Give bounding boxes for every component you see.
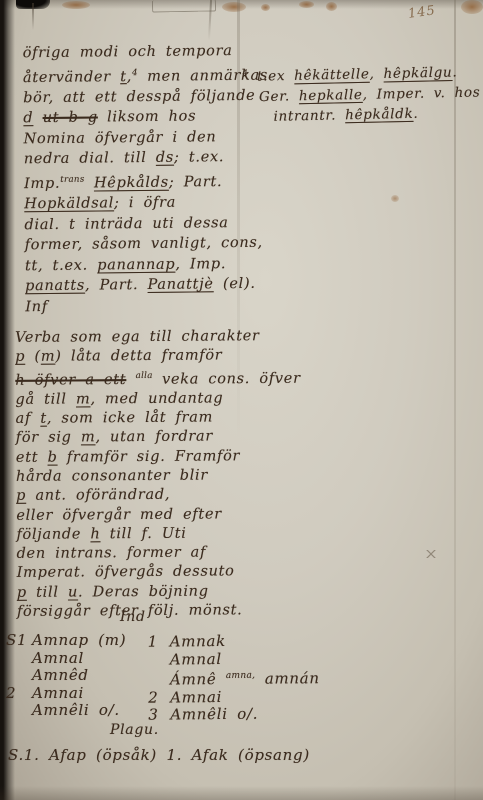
manuscript-line: Amnal	[6, 650, 146, 668]
manuscript-text-segment: för sig	[16, 430, 81, 446]
manuscript-text-segment: ut b g	[43, 110, 98, 127]
manuscript-text-segment: b	[47, 449, 57, 465]
manuscript-line: ett b framför sig. Framför	[16, 447, 266, 468]
manuscript-text-segment: Amnêd	[32, 666, 89, 684]
manuscript-text-segment: u	[68, 584, 78, 600]
manuscript-line: 3Amnêli o/.	[148, 706, 298, 725]
plural-heading: Plagu.	[110, 722, 159, 738]
manuscript-text-segment: gå till	[15, 391, 76, 407]
paragraph-main-2: Verba som ega till charakterp (m) låta d…	[15, 327, 267, 622]
manuscript-text-segment: .	[413, 105, 418, 121]
ink-stain	[461, 0, 483, 14]
manuscript-text-segment: återvänder	[23, 69, 120, 86]
manuscript-text-segment: Imp.	[24, 176, 60, 192]
manuscript-line: öfriga modi och tempora	[23, 41, 263, 64]
manuscript-line: p till u. Deras böjning	[17, 582, 267, 603]
manuscript-text-segment: h	[90, 526, 100, 542]
manuscript-text-segment: Hopkäldsal	[24, 195, 114, 212]
manuscript-line: Ámnê amna, amnán	[148, 668, 298, 690]
manuscript-text-segment: amna,	[226, 671, 256, 681]
manuscript-text-segment: hårda consonanter blir	[16, 467, 208, 484]
manuscript-line: Imperat. öfvergås dessuto	[17, 563, 267, 584]
manuscript-text-segment: ds	[156, 150, 174, 166]
manuscript-text-segment	[126, 371, 135, 387]
manuscript-text-segment: h öfver a ett	[15, 372, 126, 389]
manuscript-text-segment: liksom hos	[98, 109, 197, 126]
manuscript-text-segment: d	[23, 110, 33, 126]
manuscript-line: p (m) låta detta framför	[15, 346, 265, 367]
manuscript-text-segment: veka cons. öfver	[153, 370, 301, 387]
manuscript-text-segment: 1	[148, 633, 170, 651]
manuscript-text-segment: Amnai	[32, 684, 84, 702]
pencil-mark	[32, 3, 34, 30]
manuscript-text-segment: ; Part.	[169, 174, 223, 191]
manuscript-text-segment: följande	[16, 526, 90, 543]
manuscript-text-segment: hêkättelle	[294, 66, 370, 84]
manuscript-line: Amnal	[148, 650, 298, 669]
paradigm-column-left: S1Amnap (m)AmnalAmnêd2AmnaiAmnêli o/.	[6, 632, 146, 720]
manuscript-text-segment: Amnai	[170, 688, 222, 706]
ink-stain	[326, 2, 337, 11]
manuscript-text-segment: Amnêli o/.	[32, 701, 120, 719]
page-bottom-shadow	[0, 786, 483, 800]
manuscript-text-segment: trans	[60, 174, 84, 184]
manuscript-text-segment: hepkalle	[299, 86, 363, 103]
ink-stain	[261, 4, 270, 11]
manuscript-text-segment: intrantr.	[273, 107, 345, 124]
manuscript-text-segment: , som icke låt fram	[47, 410, 213, 427]
manuscript-text-segment: , med undantag	[90, 390, 223, 407]
manuscript-text-segment: Amnal	[32, 649, 84, 667]
manuscript-text-segment: former, såsom vanligt, cons,	[25, 235, 263, 253]
manuscript-text-segment: till f. Uti	[100, 525, 186, 542]
manuscript-line: intrantr. hêpkåldk.	[243, 102, 473, 127]
manuscript-text-segment: ; i öfra	[114, 195, 176, 212]
manuscript-text-segment: S1	[6, 632, 32, 650]
manuscript-line: S1Amnap (m)	[6, 632, 146, 650]
paragraph-main-1: öfriga modi och temporaåtervänder t,4 me…	[23, 41, 266, 318]
manuscript-text-segment: den intrans. former af	[16, 545, 206, 562]
manuscript-line: nedra dial. till ds; t.ex.	[24, 147, 264, 170]
manuscript-text-segment: .	[452, 64, 457, 80]
manuscript-text-segment: Verba som ega till charakter	[15, 328, 260, 346]
manuscript-line: Nomina öfvergår i den	[23, 127, 263, 150]
manuscript-text-segment: ett	[16, 449, 48, 465]
manuscript-line: Amnêli o/.	[6, 702, 146, 720]
manuscript-text-segment: alla	[136, 371, 153, 381]
manuscript-text-segment: p	[16, 488, 26, 504]
manuscript-text-segment: Hêpkålds	[94, 174, 169, 191]
manuscript-text-segment: Amnak	[170, 632, 226, 650]
manuscript-text-segment: (el).	[214, 276, 256, 292]
manuscript-text-segment: af	[16, 411, 41, 427]
manuscript-line: panatts, Part. Panattjè (el).	[25, 274, 265, 297]
manuscript-text-segment: p	[17, 584, 27, 600]
manuscript-text-segment: , utan fordrar	[95, 429, 213, 446]
manuscript-text-segment: , Imp.	[175, 256, 226, 273]
manuscript-line: gå till m, med undantag	[15, 389, 265, 410]
ind-annotation: Ind	[120, 609, 146, 625]
manuscript-text-segment: Ámnê	[170, 670, 226, 688]
manuscript-text-segment: öfriga modi och tempora	[23, 43, 233, 61]
manuscript-text-segment: Nomina öfvergår i den	[23, 129, 216, 147]
manuscript-text-segment: p	[15, 349, 25, 365]
pencil-mark	[152, 0, 216, 13]
ink-stain	[299, 1, 314, 8]
manuscript-line: af t, som icke låt fram	[16, 408, 266, 429]
manuscript-line: den intrans. former af	[16, 543, 266, 564]
manuscript-text-segment: hêpkåldk	[345, 105, 414, 122]
manuscript-text-segment: ,	[369, 66, 383, 82]
manuscript-text-segment: , Imper. v. hos	[362, 84, 480, 102]
manuscript-line: 1Amnak	[148, 632, 298, 651]
manuscript-line: återvänder t,4 men anmärkas	[23, 61, 263, 88]
manuscript-line: h öfver a ett alla veka cons. öfver	[15, 366, 265, 391]
manuscript-line: bör, att ett desspå följande	[23, 86, 263, 109]
manuscript-line: p ant. oförändrad,	[16, 485, 266, 506]
manuscript-text-segment: Inf	[25, 299, 48, 315]
paradigm-column-right: 1AmnakAmnalÁmnê amna, amnán2Amnai3Amnêli…	[148, 632, 299, 724]
page-number: 145	[407, 3, 437, 22]
manuscript-text-segment: amnán	[255, 669, 320, 688]
manuscript-text-segment: t.ex	[248, 68, 294, 85]
manuscript-text-segment: . Deras böjning	[78, 583, 209, 600]
manuscript-text-segment: m	[81, 430, 96, 446]
manuscript-text-segment: framför sig. Framför	[57, 448, 240, 465]
manuscript-line: 2Amnai	[148, 688, 298, 707]
ink-stain	[391, 195, 399, 202]
manuscript-line: följande h till f. Uti	[16, 524, 266, 545]
ink-stain	[222, 2, 246, 12]
manuscript-text-segment: nedra dial. till	[24, 150, 156, 167]
manuscript-line: tt, t.ex. panannap, Imp.	[25, 253, 265, 276]
manuscript-text-segment: , Part.	[85, 277, 148, 294]
manuscript-line: dial. t inträda uti dessa	[24, 212, 264, 235]
ink-stain	[62, 1, 90, 9]
manuscript-text-segment: panatts	[25, 278, 85, 295]
manuscript-line: Amnêd	[6, 667, 146, 685]
manuscript-text-segment: Ger.	[259, 88, 299, 105]
manuscript-page: 145 öfriga modi och temporaåtervänder t,…	[0, 0, 483, 800]
manuscript-text-segment: Amnal	[170, 650, 222, 668]
manuscript-text-segment: dial. t inträda uti dessa	[24, 215, 228, 233]
manuscript-text-segment: m	[41, 349, 56, 365]
manuscript-text-segment: S.1. Afap (öpsåk) 1. Afak (öpsang)	[8, 746, 310, 764]
manuscript-text-segment: Panattjè	[147, 276, 213, 293]
manuscript-line: Hopkäldsal; i öfra	[24, 192, 264, 215]
manuscript-text-segment: 2	[6, 685, 32, 703]
manuscript-text-segment: tt, t.ex.	[25, 257, 97, 274]
manuscript-line: eller öfvergår med efter	[16, 505, 266, 526]
manuscript-line: hårda consonanter blir	[16, 466, 266, 487]
manuscript-line: d ut b g liksom hos	[23, 106, 263, 129]
manuscript-text-segment: hêpkälgu	[383, 65, 452, 82]
manuscript-line: Imp.trans Hêpkålds; Part.	[24, 168, 264, 195]
manuscript-text-segment: Amnêli o/.	[170, 705, 258, 724]
manuscript-line: Inf	[25, 294, 265, 317]
manuscript-line: för sig m, utan fordrar	[16, 427, 266, 448]
manuscript-text-segment: ) låta detta framför	[55, 348, 222, 365]
manuscript-text-segment: bör, att ett desspå följande	[23, 88, 255, 106]
manuscript-line: Verba som ega till charakter	[15, 327, 265, 348]
pencil-x-mark	[426, 550, 436, 558]
manuscript-line: 2Amnai	[6, 685, 146, 703]
manuscript-line: former, såsom vanligt, cons,	[25, 233, 265, 256]
manuscript-text-segment: 2	[148, 689, 170, 707]
manuscript-line: S.1. Afap (öpsåk) 1. Afak (öpsang)	[8, 746, 308, 764]
manuscript-text-segment	[85, 175, 94, 191]
manuscript-text-segment: panannap	[97, 256, 175, 273]
manuscript-text-segment: eller öfvergår med efter	[16, 506, 222, 523]
manuscript-text-segment: m	[76, 391, 91, 407]
margin-note: 4 t.ex hêkättelle, hêpkälgu.Ger. hepkall…	[242, 58, 473, 127]
plural-example-line: S.1. Afap (öpsåk) 1. Afak (öpsang)	[8, 746, 308, 764]
manuscript-text-segment: ; t.ex.	[174, 149, 224, 166]
manuscript-text-segment: till	[27, 584, 68, 600]
manuscript-text-segment: Imperat. öfvergås dessuto	[17, 564, 235, 582]
manuscript-text-segment: ant. oförändrad,	[26, 487, 170, 504]
manuscript-text-segment: Amnap (m)	[32, 631, 126, 649]
manuscript-text-segment: (	[25, 349, 41, 365]
